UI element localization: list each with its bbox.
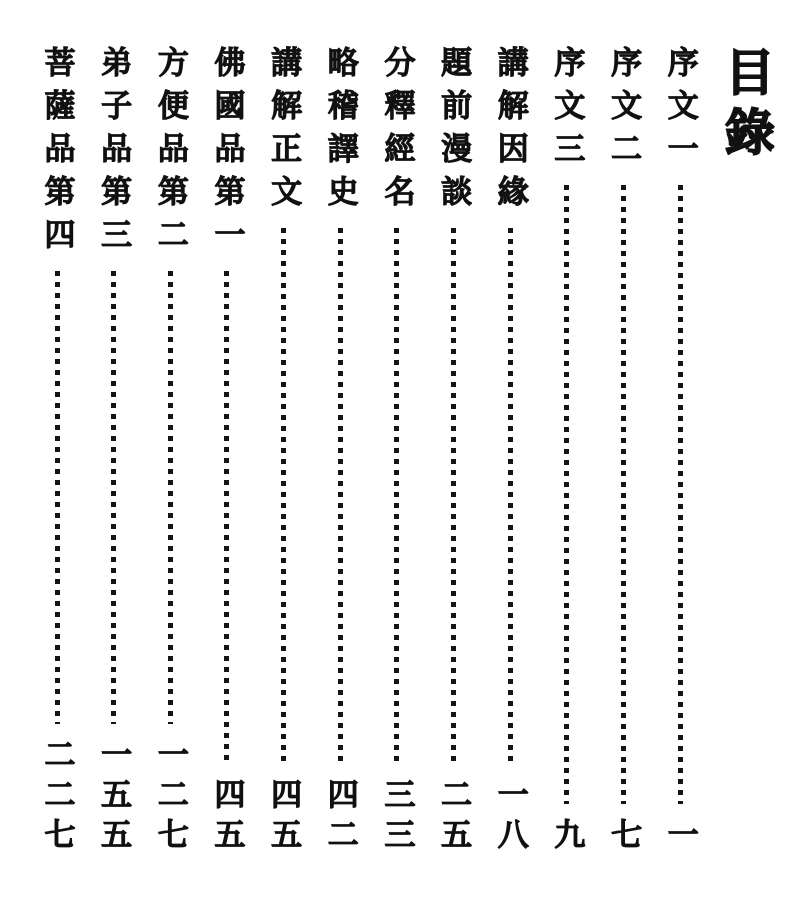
entry-title: 序文三 — [551, 46, 582, 175]
entry-title: 講解因緣 — [495, 46, 526, 218]
entry-page-number: 一二七 — [155, 738, 186, 858]
toc-entry: 講解正文四五 — [265, 46, 303, 858]
entry-page-number: 二二七 — [42, 738, 73, 858]
toc-entry: 菩薩品第四二二七 — [38, 46, 76, 858]
entry-title: 講解正文 — [268, 46, 299, 218]
entry-title: 分釋經名 — [381, 46, 412, 218]
entry-title: 佛國品第一 — [211, 46, 242, 261]
entry-page-number: 七 — [608, 818, 639, 858]
toc-entry: 略稽譯史四二 — [321, 46, 359, 858]
toc-entry: 佛國品第一四五 — [208, 46, 246, 858]
entry-title: 方便品第二 — [155, 46, 186, 261]
dot-leader — [621, 185, 626, 804]
entry-page-number: 一 — [665, 818, 696, 858]
dot-leader — [55, 271, 60, 724]
dot-leader — [338, 228, 343, 764]
entry-title: 略稽譯史 — [325, 46, 356, 218]
dot-leader — [451, 228, 456, 764]
dot-leader — [564, 185, 569, 804]
dot-leader — [281, 228, 286, 764]
toc-entry: 弟子品第三一五五 — [95, 46, 133, 858]
toc-entry: 序文一一 — [661, 46, 699, 858]
entry-title: 序文二 — [608, 46, 639, 175]
page-title-text: 目錄 — [721, 46, 771, 166]
entry-title: 弟子品第三 — [98, 46, 129, 261]
scanned-toc-page: 目錄 序文一一序文二七序文三九講解因緣一八題前漫談二五分釋經名三三略稽譯史四二講… — [0, 0, 800, 906]
toc-entry: 分釋經名三三 — [378, 46, 416, 858]
entry-page-number: 四五 — [211, 778, 242, 858]
entry-title: 序文一 — [665, 46, 696, 175]
toc-entry: 方便品第二一二七 — [151, 46, 189, 858]
dot-leader — [111, 271, 116, 724]
entry-page-number: 一五五 — [98, 738, 129, 858]
entry-page-number: 一八 — [495, 778, 526, 858]
dot-leader — [678, 185, 683, 804]
toc-entry: 序文二七 — [605, 46, 643, 858]
entry-title: 菩薩品第四 — [42, 46, 73, 261]
entry-title: 題前漫談 — [438, 46, 469, 218]
dot-leader — [168, 271, 173, 724]
toc-entry: 序文三九 — [548, 46, 586, 858]
toc-entry: 題前漫談二五 — [435, 46, 473, 858]
toc: 目錄 序文一一序文二七序文三九講解因緣一八題前漫談二五分釋經名三三略稽譯史四二講… — [38, 46, 774, 858]
entry-page-number: 二五 — [438, 778, 469, 858]
entry-page-number: 三三 — [381, 778, 412, 858]
dot-leader — [508, 228, 513, 764]
entry-page-number: 四五 — [268, 778, 299, 858]
dot-leader — [224, 271, 229, 764]
dot-leader — [394, 228, 399, 764]
entry-page-number: 四二 — [325, 778, 356, 858]
toc-entry: 講解因緣一八 — [491, 46, 529, 858]
entry-page-number: 九 — [551, 818, 582, 858]
page-title: 目錄 — [718, 46, 774, 858]
